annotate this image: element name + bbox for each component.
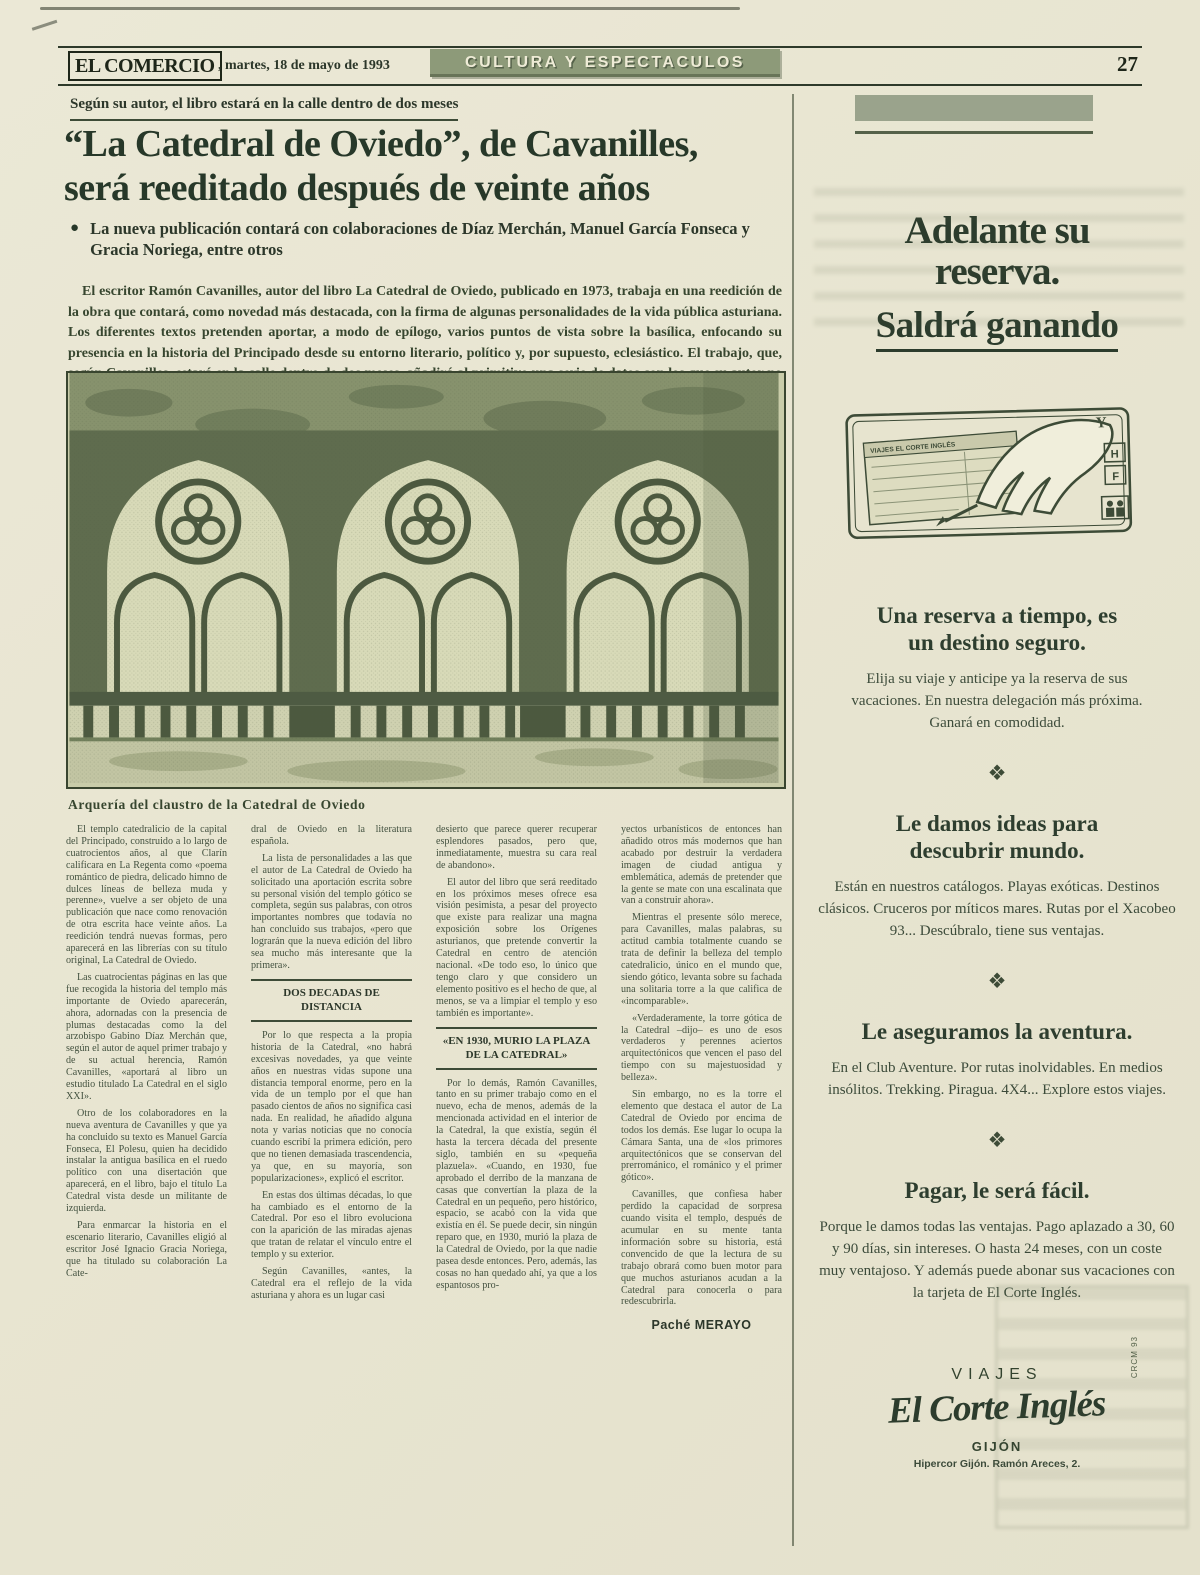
subhead: La nueva publicación contará con colabor… [90, 218, 762, 260]
header-rule-top [58, 46, 1142, 48]
column-4: yectos urbanísticos de entonces han añad… [621, 824, 782, 1561]
illustration-letter-f: F [1112, 471, 1119, 483]
paragraph: Las cuatrocientas páginas en las que fue… [66, 972, 227, 1103]
headline-line2: será reeditado después de veinte años [64, 167, 650, 209]
paragraph: El autor del libro que será reeditado en… [436, 877, 597, 1020]
headline-line1: “La Catedral de Oviedo”, de Cavanilles, [64, 123, 698, 165]
illustration-letter-h: H [1111, 448, 1119, 460]
column-1: El templo catedralicio de la capital del… [66, 824, 227, 1561]
page-number: 27 [1117, 52, 1138, 77]
paragraph: Para enmarcar la historia en el escenari… [66, 1220, 227, 1280]
paragraph: yectos urbanísticos de entonces han añad… [621, 824, 782, 907]
photo-caption: Arquería del claustro de la Catedral de … [68, 797, 365, 813]
bleedthrough-box [995, 1285, 1189, 1529]
diamond-separator-icon: ❖ [802, 969, 1192, 994]
byline: Paché MERAYO [621, 1320, 782, 1332]
bleedthrough-smudge [814, 188, 1184, 338]
redacted-bar [855, 95, 1093, 121]
header-rule-bottom [58, 84, 1142, 86]
paragraph: Mientras el presente sólo merece, para C… [621, 912, 782, 1007]
cloister-photo-art [68, 373, 780, 783]
ad-section-body: Elija su viaje y anticipe ya la reserva … [832, 668, 1162, 734]
cloister-photo [66, 371, 786, 789]
ad-section-body: En el Club Aventure. Por rutas inolvidab… [811, 1057, 1183, 1101]
bullet-icon: ● [70, 218, 79, 260]
ad-section-body: Están en nuestros catálogos. Playas exót… [811, 876, 1183, 942]
paragraph: dral de Oviedo en la literatura española… [251, 824, 412, 848]
masthead: EL COMERCIO [68, 51, 222, 81]
newspaper-page: EL COMERCIO , martes, 18 de mayo de 1993… [0, 0, 1200, 1575]
pen-mark [29, 10, 58, 30]
paragraph: Otro de los colaboradores en la nueva av… [66, 1108, 227, 1215]
column-3: desierto que parece querer recuperar esp… [436, 824, 597, 1561]
article-columns: El templo catedralicio de la capital del… [66, 824, 782, 1561]
headline: “La Catedral de Oviedo”, de Cavanilles, … [64, 122, 786, 210]
column-subhead: «EN 1930, MURIO LA PLAZA DE LA CATEDRAL» [436, 1027, 597, 1070]
scan-edge [40, 7, 740, 10]
kicker: Según su autor, el libro estará en la ca… [70, 96, 458, 121]
illustration-letter-y: Y [1095, 414, 1106, 431]
ad-section-title: Una reserva a tiempo, es un destino segu… [862, 602, 1132, 656]
ad-section-title: Le aseguramos la aventura. [802, 1018, 1192, 1045]
edition-date: , martes, 18 de mayo de 1993 [218, 58, 390, 74]
paragraph: desierto que parece querer recuperar esp… [436, 824, 597, 872]
paragraph: Según Cavanilles, «antes, la Catedral er… [251, 1266, 412, 1302]
column-2: dral de Oviedo en la literatura española… [251, 824, 412, 1561]
paragraph: Por lo demás, Ramón Cavanilles, tanto en… [436, 1078, 597, 1292]
diamond-separator-icon: ❖ [802, 761, 1192, 786]
subhead-row: ● La nueva publicación contará con colab… [70, 218, 776, 260]
section-band: CULTURA Y ESPECTACULOS [430, 49, 780, 77]
redacted-bar-rule [855, 131, 1093, 134]
paragraph: En estas dos últimas décadas, lo que ha … [251, 1190, 412, 1261]
column-divider [792, 94, 794, 1546]
reservation-illustration-art: VIAJES EL CORTE INGLÉS Y H F [842, 400, 1152, 554]
section-title: CULTURA Y ESPECTACULOS [465, 54, 745, 71]
paragraph: Sin embargo, no es la torre el elemento … [621, 1089, 782, 1184]
paragraph: La lista de personalidades a las que el … [251, 853, 412, 972]
reservation-illustration: VIAJES EL CORTE INGLÉS Y H F [842, 400, 1152, 554]
paragraph: «Verdaderamente, la torre gótica de la C… [621, 1013, 782, 1084]
paragraph: Por lo que respecta a la propia historia… [251, 1030, 412, 1185]
column-subhead: DOS DECADAS DE DISTANCIA [251, 979, 412, 1022]
paragraph: Cavanilles, que confiesa haber perdido l… [621, 1189, 782, 1308]
ad-section-title: Le damos ideas para descubrir mundo. [867, 810, 1127, 864]
ad-section-title: Pagar, le será fácil. [802, 1177, 1192, 1204]
diamond-separator-icon: ❖ [802, 1128, 1192, 1153]
paragraph: El templo catedralicio de la capital del… [66, 824, 227, 967]
